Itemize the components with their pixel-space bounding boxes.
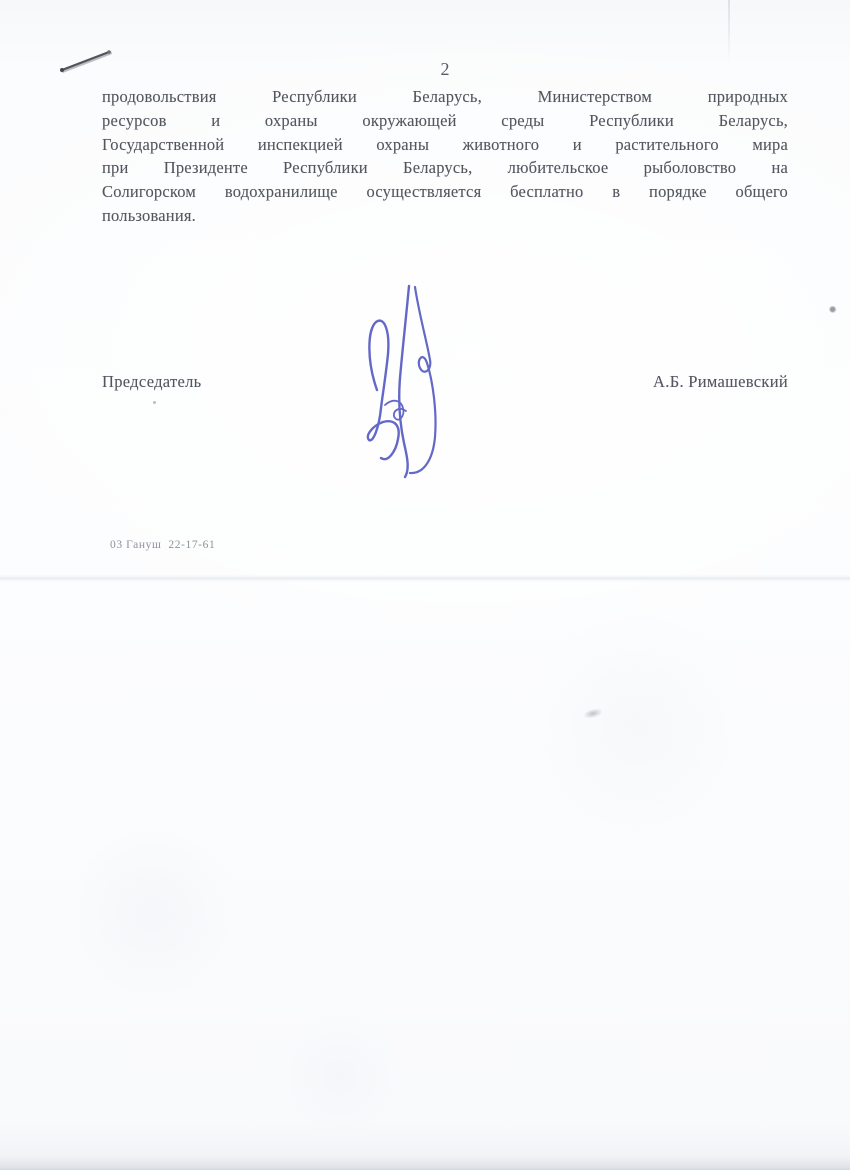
signer-name: А.Б. Римашевский (653, 372, 788, 392)
paragraph-line: продовольствия Республики Беларусь, Мини… (102, 85, 788, 109)
paragraph-line: Солигорском водохранилище осуществляется… (102, 180, 788, 204)
signer-title: Председатель (102, 372, 201, 392)
vertical-fold-crease (728, 0, 730, 64)
page-number: 2 (102, 59, 788, 80)
scanned-document-page: 2 продовольствия Республики Беларусь, Ми… (0, 0, 850, 1170)
horizontal-fold-crease (0, 575, 850, 583)
scan-bottom-edge-shadow (0, 1156, 850, 1170)
paragraph-line: ресурсов и охраны окружающей среды Респу… (102, 109, 788, 133)
ink-speck (828, 305, 838, 314)
paragraph-line: при Президенте Республики Беларусь, люби… (102, 156, 788, 180)
paper-smudge (582, 707, 604, 721)
signature-row: Председатель А.Б. Римашевский (102, 372, 788, 392)
paragraph-line: пользования. (102, 204, 788, 228)
footer-reference: 03 Гануш 22-17-61 (110, 539, 215, 551)
paragraph-line: Государственной инспекцией охраны животн… (102, 133, 788, 157)
body-paragraph: продовольствия Республики Беларусь, Мини… (102, 85, 788, 228)
paper-dot (153, 401, 156, 404)
